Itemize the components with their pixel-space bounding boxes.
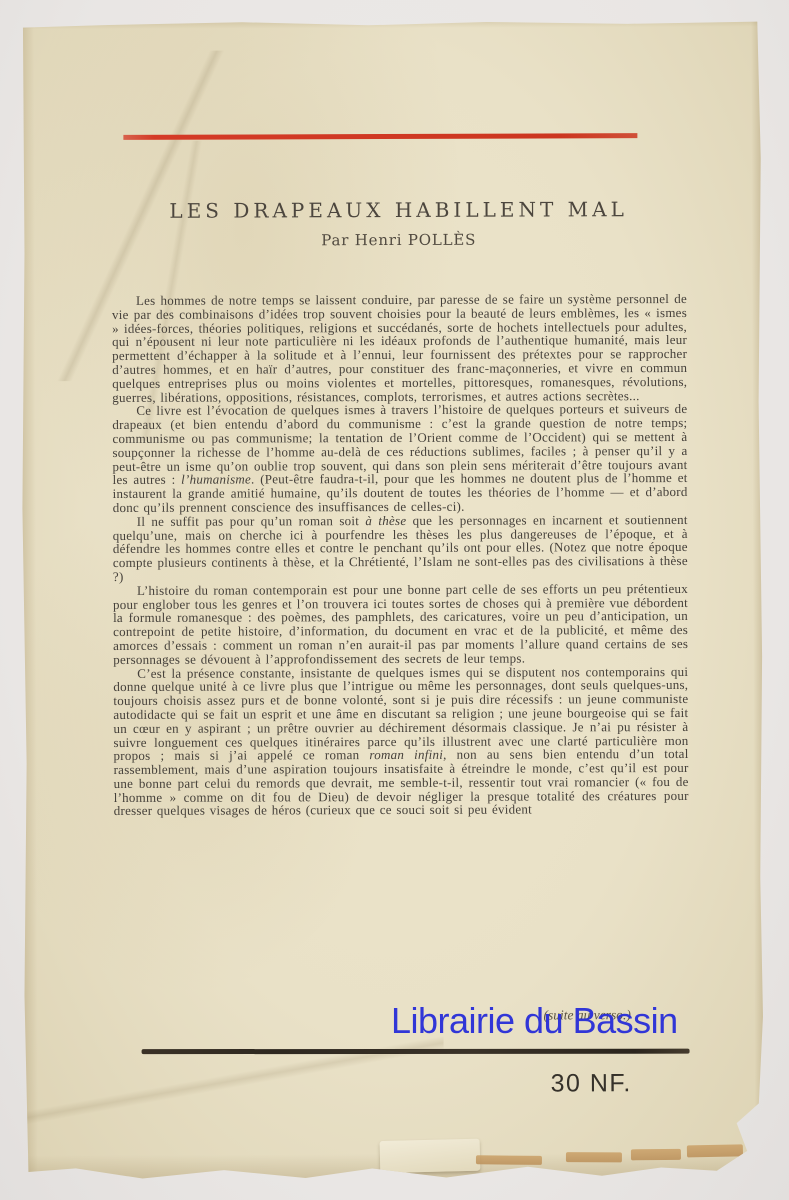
paper-crease (23, 1000, 444, 1161)
paragraph: Il ne suffit pas pour qu’un roman soit à… (113, 513, 688, 584)
body-text: Les hommes de notre temps se laissent co… (112, 292, 689, 818)
torn-edge (687, 1144, 743, 1157)
paragraph: Les hommes de notre temps se laissent co… (112, 292, 687, 404)
price-label: 30 NF. (504, 1069, 679, 1099)
book-byline: Par Henri POLLÈS (112, 230, 686, 250)
book-title: LES DRAPEAUX HABILLENT MAL (112, 197, 686, 223)
torn-edge (566, 1152, 622, 1162)
torn-edge (476, 1155, 542, 1165)
paragraph: C’est la présence constante, insistante … (113, 664, 689, 818)
paragraph: L’histoire du roman contemporain est pou… (113, 582, 688, 667)
torn-edge (631, 1149, 681, 1161)
torn-paper-flap (380, 1139, 481, 1173)
photo-backdrop: LES DRAPEAUX HABILLENT MAL Par Henri POL… (0, 0, 789, 1200)
paragraph: Ce livre est l’évocation de quelques ism… (112, 402, 687, 514)
watermark-text: Librairie du Bassin (391, 1000, 678, 1042)
bottom-rule (142, 1049, 690, 1054)
red-rule (123, 133, 637, 140)
